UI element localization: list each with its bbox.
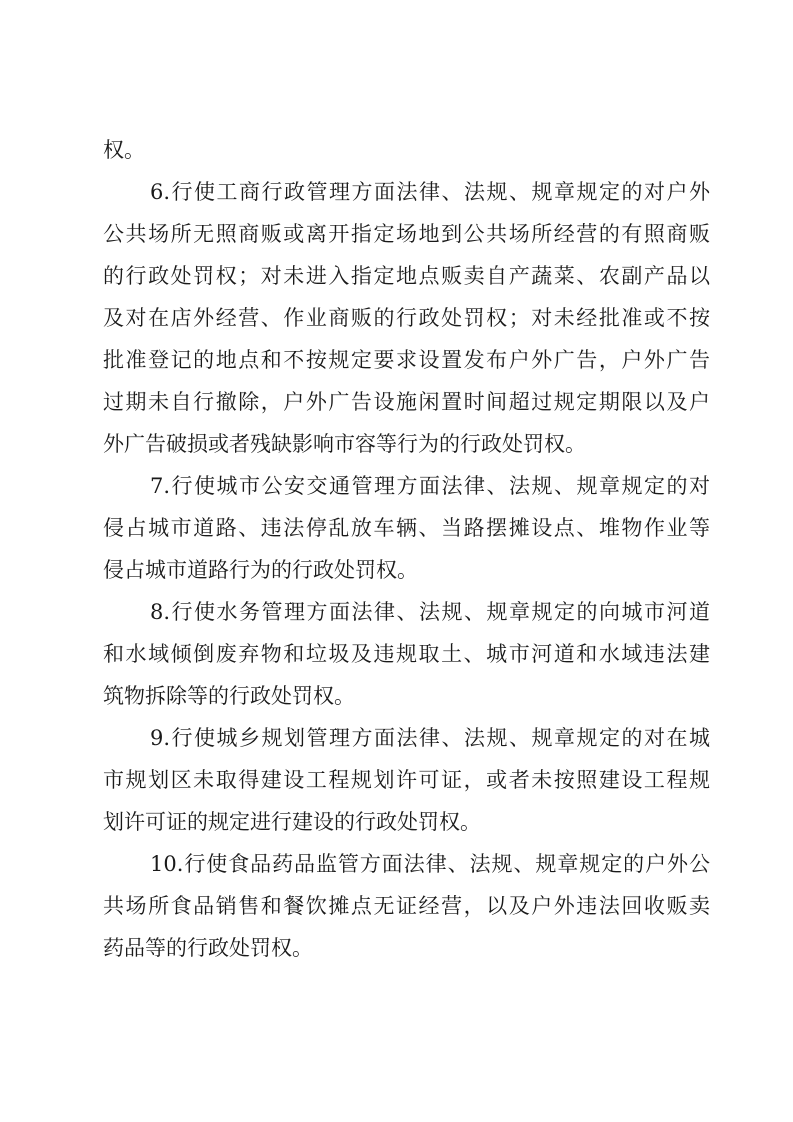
- text-line: 及对在店外经营、作业商贩的行政处罚权；对未经批准或不按: [103, 297, 710, 339]
- text-line: 筑物拆除等的行政处罚权。: [103, 675, 710, 717]
- text-line: 侵占城市道路行为的行政处罚权。: [103, 549, 710, 591]
- text-line: 10.行使食品药品监管方面法律、法规、规章规定的户外公: [103, 843, 710, 885]
- text-line: 药品等的行政处罚权。: [103, 927, 710, 969]
- text-line: 共场所食品销售和餐饮摊点无证经营，以及户外违法回收贩卖: [103, 885, 710, 927]
- text-line: 和水域倾倒废弃物和垃圾及违规取土、城市河道和水域违法建: [103, 633, 710, 675]
- text-line: 权。: [103, 129, 710, 171]
- paragraph-item-6: 6.行使工商行政管理方面法律、法规、规章规定的对户外公共场所无照商贩或离开指定场…: [103, 171, 710, 465]
- text-line: 8.行使水务管理方面法律、法规、规章规定的向城市河道: [103, 591, 710, 633]
- text-line: 9.行使城乡规划管理方面法律、法规、规章规定的对在城: [103, 717, 710, 759]
- text-line: 过期未自行撤除，户外广告设施闲置时间超过规定期限以及户: [103, 381, 710, 423]
- paragraph-item-7: 7.行使城市公安交通管理方面法律、法规、规章规定的对侵占城市道路、违法停乱放车辆…: [103, 465, 710, 591]
- paragraph-item-9: 9.行使城乡规划管理方面法律、法规、规章规定的对在城市规划区未取得建设工程规划许…: [103, 717, 710, 843]
- text-line: 划许可证的规定进行建设的行政处罚权。: [103, 801, 710, 843]
- paragraph-item-8: 8.行使水务管理方面法律、法规、规章规定的向城市河道和水域倾倒废弃物和垃圾及违规…: [103, 591, 710, 717]
- text-line: 批准登记的地点和不按规定要求设置发布户外广告，户外广告: [103, 339, 710, 381]
- text-line: 侵占城市道路、违法停乱放车辆、当路摆摊设点、堆物作业等: [103, 507, 710, 549]
- text-line: 外广告破损或者残缺影响市容等行为的行政处罚权。: [103, 423, 710, 465]
- paragraph-item-10: 10.行使食品药品监管方面法律、法规、规章规定的户外公共场所食品销售和餐饮摊点无…: [103, 843, 710, 969]
- text-line: 的行政处罚权；对未进入指定地点贩卖自产蔬菜、农副产品以: [103, 255, 710, 297]
- text-line: 市规划区未取得建设工程规划许可证，或者未按照建设工程规: [103, 759, 710, 801]
- text-line: 7.行使城市公安交通管理方面法律、法规、规章规定的对: [103, 465, 710, 507]
- text-line: 6.行使工商行政管理方面法律、法规、规章规定的对户外: [103, 171, 710, 213]
- document-page: 权。6.行使工商行政管理方面法律、法规、规章规定的对户外公共场所无照商贩或离开指…: [0, 0, 793, 1122]
- paragraph-continuation: 权。: [103, 129, 710, 171]
- text-line: 公共场所无照商贩或离开指定场地到公共场所经营的有照商贩: [103, 213, 710, 255]
- document-text-block: 权。6.行使工商行政管理方面法律、法规、规章规定的对户外公共场所无照商贩或离开指…: [103, 129, 710, 969]
